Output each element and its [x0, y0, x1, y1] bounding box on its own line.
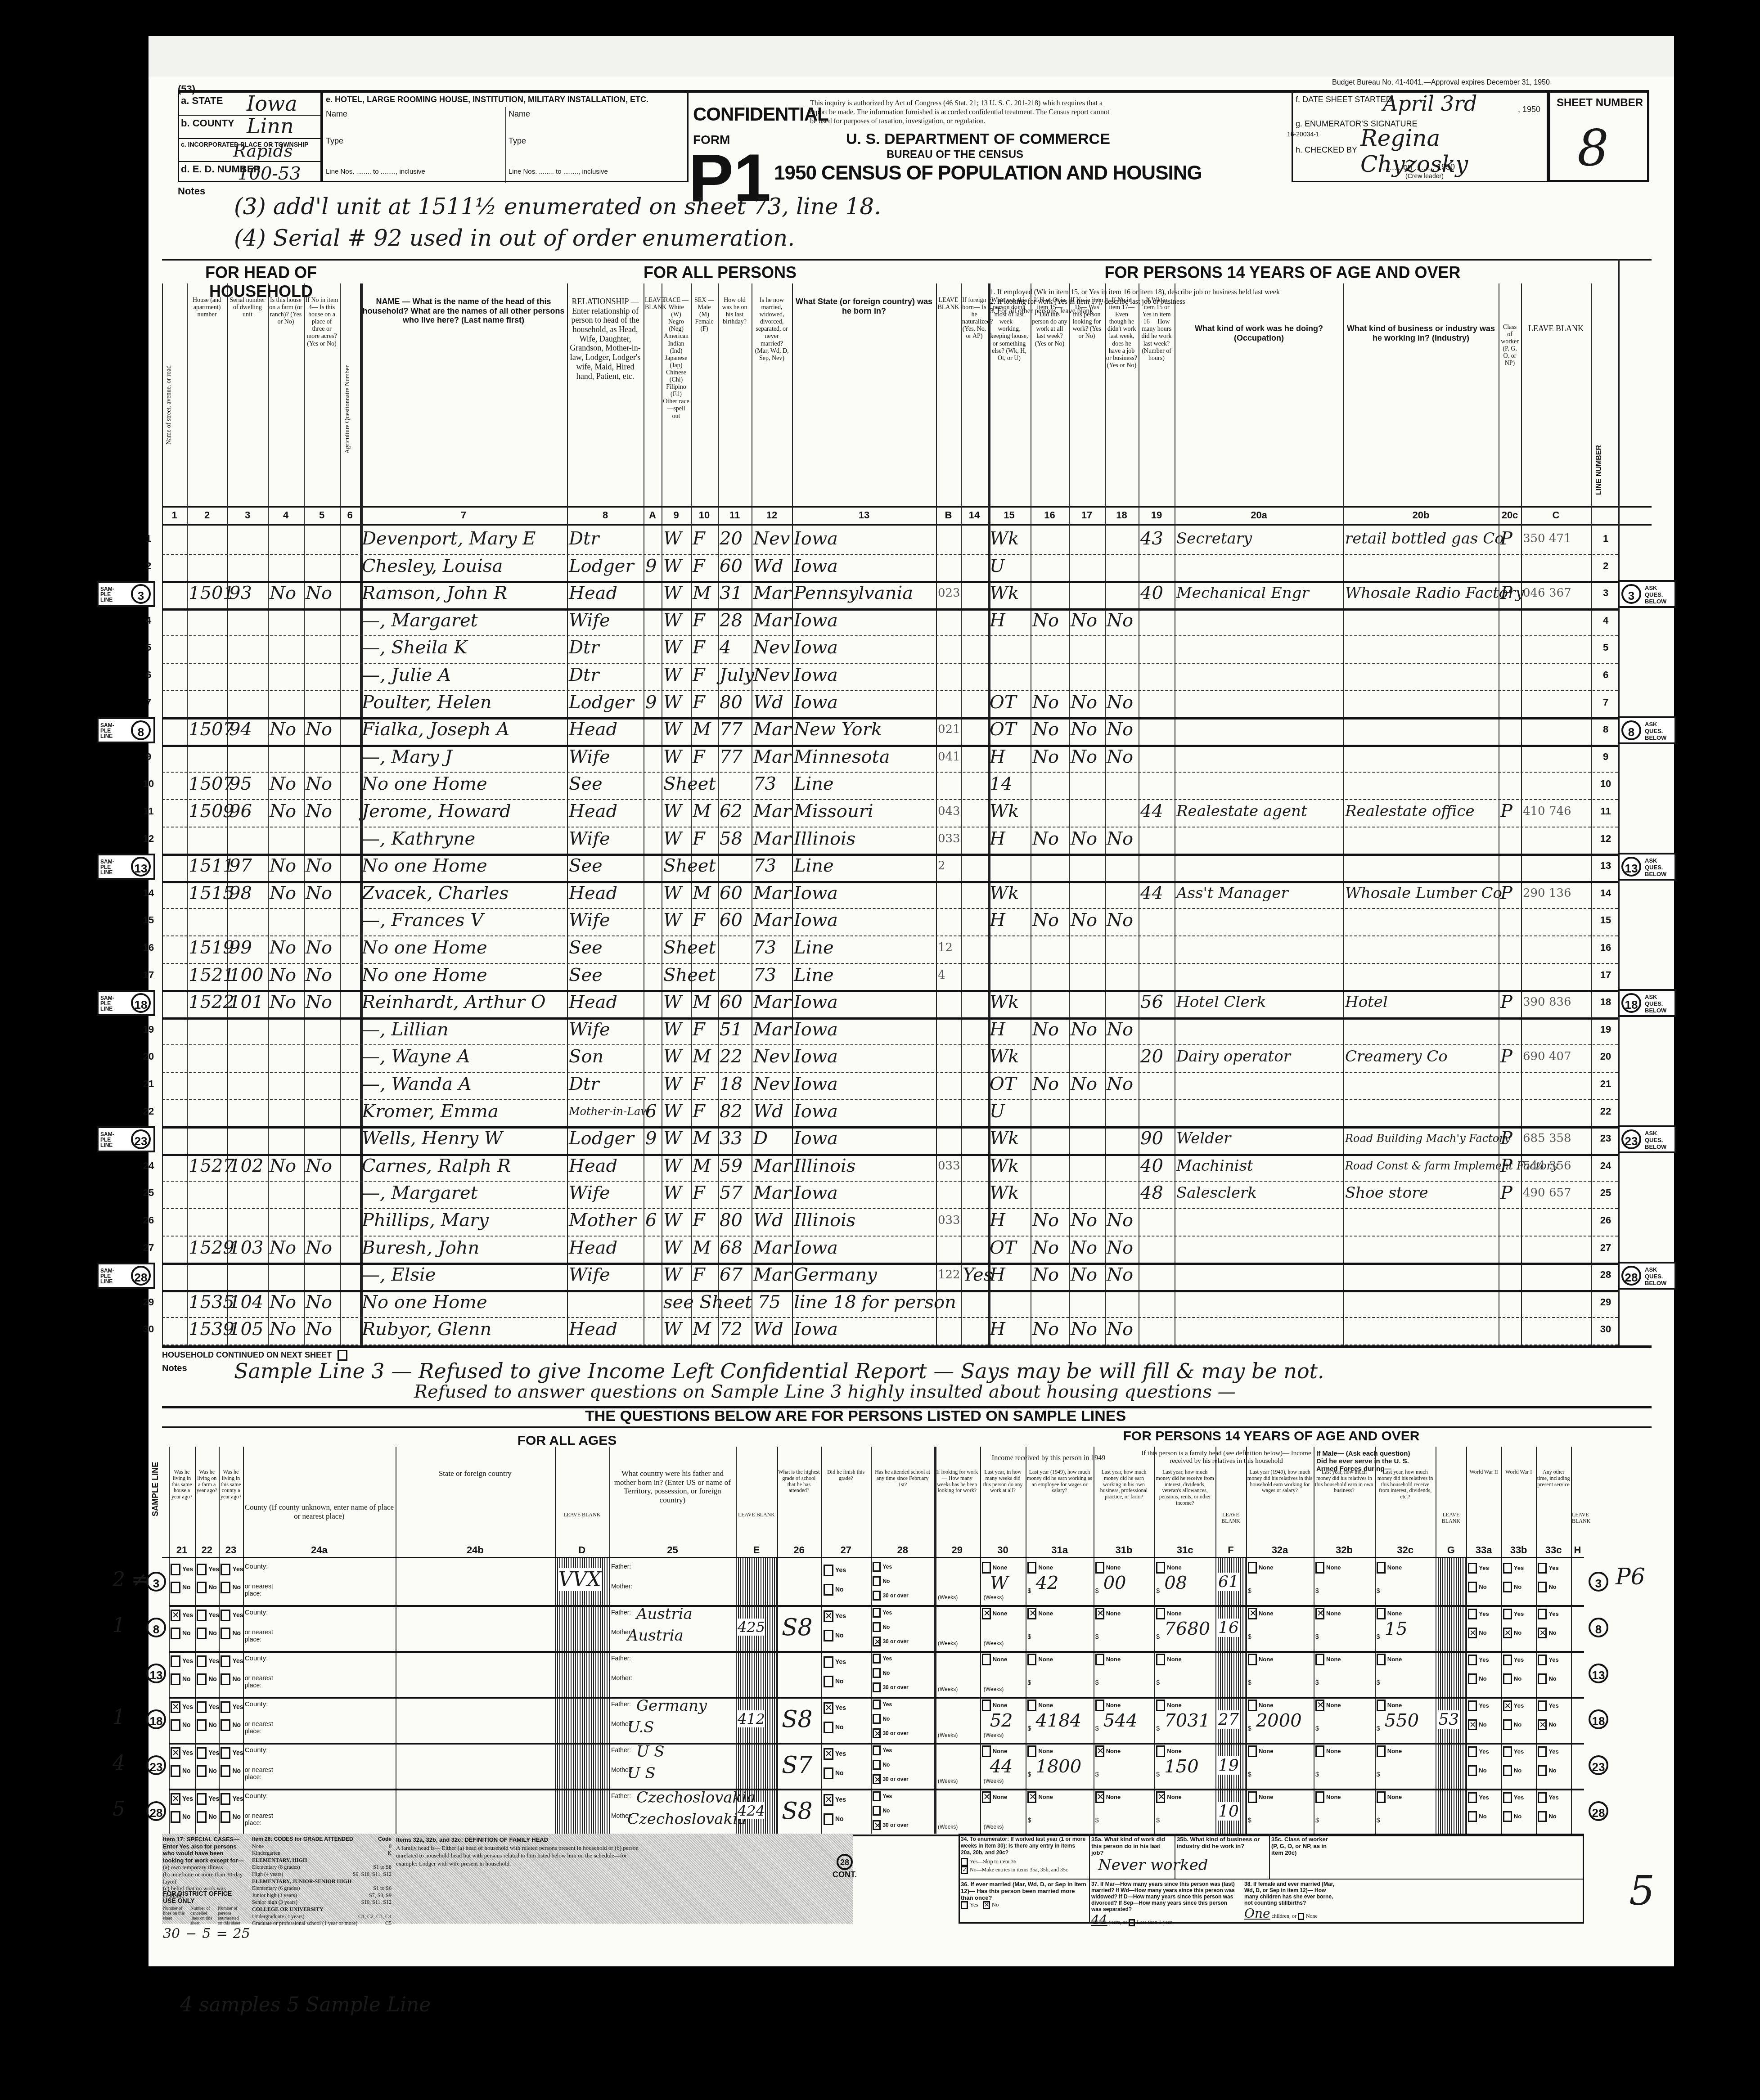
none-checkbox[interactable] — [1248, 1654, 1257, 1665]
q32c-none[interactable]: None — [1377, 1791, 1402, 1803]
checkbox[interactable] — [1468, 1609, 1477, 1619]
q33c-no[interactable]: No — [1538, 1811, 1556, 1822]
checkbox[interactable] — [1503, 1719, 1512, 1730]
none-checkbox[interactable] — [1248, 1791, 1257, 1803]
q33b-no[interactable]: No — [1503, 1811, 1521, 1822]
q21-no[interactable]: No — [171, 1811, 191, 1823]
q31b-none[interactable]: ✕None — [1095, 1791, 1121, 1803]
checkbox[interactable] — [824, 1676, 833, 1687]
none-checkbox[interactable] — [1248, 1745, 1257, 1757]
none-checkbox[interactable]: ✕ — [1315, 1608, 1324, 1619]
checkbox[interactable] — [873, 1700, 881, 1709]
checkbox[interactable] — [197, 1673, 207, 1685]
q27-no[interactable]: No — [824, 1722, 844, 1733]
ask-questions-tag: 18ASK QUES. BELOW — [1618, 989, 1676, 1017]
q28-optv[interactable]: ✕30 or over — [873, 1637, 908, 1646]
checkbox[interactable] — [1503, 1655, 1512, 1665]
q31c-none[interactable]: None — [1156, 1654, 1182, 1665]
checkbox[interactable]: ✕ — [1503, 1700, 1512, 1711]
q30-none[interactable]: None — [982, 1745, 1008, 1757]
checkbox[interactable] — [1503, 1792, 1512, 1803]
q22-no[interactable]: No — [197, 1673, 217, 1685]
none-checkbox[interactable] — [1377, 1745, 1386, 1757]
q22-no[interactable]: No — [197, 1582, 217, 1593]
q33b-no[interactable]: No — [1503, 1719, 1521, 1730]
q30-none[interactable]: None — [982, 1654, 1008, 1665]
q21-yes[interactable]: Yes — [171, 1564, 193, 1575]
q31b-none[interactable]: None — [1095, 1700, 1121, 1711]
q27-yes[interactable]: ✕Yes — [824, 1702, 846, 1714]
q27-no[interactable]: No — [824, 1813, 844, 1825]
checkbox[interactable] — [1538, 1609, 1547, 1619]
checkbox[interactable] — [197, 1793, 207, 1805]
checkbox[interactable]: ✕ — [873, 1820, 881, 1830]
q27-no[interactable]: No — [824, 1630, 844, 1641]
q32c-none[interactable]: None — [1377, 1562, 1402, 1574]
q32c-none[interactable]: None — [1377, 1745, 1402, 1757]
checkbox[interactable]: ✕ — [873, 1637, 881, 1646]
q33a-yes[interactable]: Yes — [1468, 1609, 1489, 1619]
checkbox[interactable] — [1538, 1746, 1547, 1757]
checkbox[interactable] — [824, 1565, 833, 1576]
q31a-none[interactable]: None — [1027, 1745, 1053, 1757]
checkbox[interactable] — [171, 1765, 180, 1777]
checkbox[interactable] — [1468, 1582, 1477, 1592]
checkbox[interactable] — [1538, 1563, 1547, 1574]
none-checkbox[interactable] — [1095, 1654, 1104, 1665]
q32a-none[interactable]: None — [1248, 1791, 1274, 1803]
checkbox[interactable] — [824, 1656, 833, 1668]
q33b-no[interactable]: ✕No — [1503, 1628, 1521, 1638]
q28-optv[interactable]: ✕30 or over — [873, 1820, 908, 1830]
none-checkbox[interactable] — [1315, 1791, 1324, 1803]
ask-line-number: 28 — [1621, 1266, 1641, 1286]
q33b-yes[interactable]: ✕Yes — [1503, 1700, 1524, 1711]
line-number-right: 29 — [1592, 1296, 1619, 1308]
checkbox[interactable] — [1468, 1673, 1477, 1684]
q30-none[interactable]: None — [982, 1700, 1008, 1711]
none-checkbox[interactable] — [1315, 1562, 1324, 1574]
none-checkbox[interactable] — [1095, 1562, 1104, 1574]
q33a-yes[interactable]: Yes — [1468, 1563, 1489, 1574]
checkbox[interactable] — [171, 1811, 180, 1823]
q22-yes[interactable]: Yes — [197, 1793, 219, 1805]
checkbox[interactable] — [197, 1582, 207, 1593]
none-checkbox[interactable]: ✕ — [1027, 1791, 1036, 1803]
q32a-none[interactable]: None — [1248, 1700, 1274, 1711]
q32c-none[interactable]: None — [1377, 1700, 1402, 1711]
q31c-none[interactable]: None — [1156, 1745, 1182, 1757]
q33c-no[interactable]: No — [1538, 1673, 1556, 1684]
none-checkbox[interactable] — [1377, 1654, 1386, 1665]
none-checkbox[interactable]: ✕ — [1315, 1700, 1324, 1711]
q33c-yes[interactable]: Yes — [1538, 1700, 1558, 1711]
checkbox[interactable] — [873, 1668, 881, 1678]
checkbox[interactable]: ✕ — [873, 1728, 881, 1738]
q27-no[interactable]: No — [824, 1767, 844, 1779]
checkbox[interactable] — [171, 1673, 180, 1685]
q33a-no[interactable]: No — [1468, 1811, 1486, 1822]
q27-yes[interactable]: ✕Yes — [824, 1610, 846, 1622]
q22-no[interactable]: No — [197, 1765, 217, 1777]
none-checkbox[interactable] — [1248, 1562, 1257, 1574]
q21-no[interactable]: No — [171, 1719, 191, 1731]
q33c-no[interactable]: ✕No — [1538, 1719, 1556, 1730]
q21-yes[interactable]: ✕Yes — [171, 1793, 193, 1805]
q22-yes[interactable]: Yes — [197, 1701, 219, 1713]
q33b-yes[interactable]: Yes — [1503, 1792, 1524, 1803]
checkbox[interactable] — [221, 1564, 230, 1575]
q22-no[interactable]: No — [197, 1811, 217, 1823]
q31c-none[interactable]: None — [1156, 1562, 1182, 1574]
checkbox[interactable]: ✕ — [171, 1793, 180, 1805]
q31c-none[interactable]: ✕None — [1156, 1791, 1182, 1803]
q32b-none[interactable]: ✕None — [1315, 1608, 1341, 1619]
checkbox[interactable]: ✕ — [824, 1748, 833, 1760]
q28-opt2[interactable]: No — [873, 1760, 890, 1770]
q37-less-than-1-checkbox[interactable] — [1129, 1919, 1135, 1926]
q34-yes-checkbox[interactable] — [961, 1858, 968, 1866]
q32c-none[interactable]: None — [1377, 1654, 1402, 1665]
checkbox[interactable] — [171, 1655, 180, 1667]
none-checkbox[interactable] — [982, 1654, 991, 1665]
q32a-none[interactable]: None — [1248, 1562, 1274, 1574]
none-checkbox[interactable] — [1156, 1700, 1165, 1711]
checkbox[interactable] — [1538, 1582, 1547, 1592]
checkbox[interactable] — [873, 1791, 881, 1801]
q27-yes[interactable]: ✕Yes — [824, 1748, 846, 1760]
checkbox[interactable] — [1538, 1673, 1547, 1684]
q33a-no[interactable]: ✕No — [1468, 1628, 1486, 1638]
checkbox[interactable] — [1503, 1765, 1512, 1776]
none-checkbox[interactable] — [1377, 1562, 1386, 1574]
q32b-none[interactable]: None — [1315, 1791, 1341, 1803]
checkbox[interactable]: ✕ — [1538, 1628, 1547, 1638]
q23-no[interactable]: No — [221, 1628, 241, 1639]
q23-no[interactable]: No — [221, 1719, 241, 1731]
none-checkbox[interactable]: ✕ — [1095, 1608, 1104, 1619]
checkbox[interactable]: ✕ — [171, 1747, 180, 1759]
checkbox[interactable] — [824, 1767, 833, 1779]
q28-optv[interactable]: ✕30 or over — [873, 1728, 908, 1738]
q33a-yes[interactable]: Yes — [1468, 1655, 1489, 1665]
q38-none-checkbox[interactable] — [1298, 1913, 1304, 1920]
q28-opt2[interactable]: No — [873, 1668, 890, 1678]
q33a-no[interactable]: ✕No — [1468, 1719, 1486, 1730]
checkbox[interactable] — [1503, 1609, 1512, 1619]
q21-yes[interactable]: ✕Yes — [171, 1747, 193, 1759]
checkbox[interactable] — [873, 1806, 881, 1816]
checkbox[interactable] — [197, 1610, 207, 1621]
none-checkbox[interactable]: ✕ — [982, 1791, 991, 1803]
none-checkbox[interactable] — [1027, 1562, 1036, 1574]
q23-no[interactable]: No — [221, 1582, 241, 1593]
checkbox[interactable] — [1468, 1765, 1477, 1776]
checkbox[interactable] — [1468, 1563, 1477, 1574]
none-checkbox[interactable] — [1248, 1700, 1257, 1711]
q33c-no[interactable]: No — [1538, 1582, 1556, 1592]
q23-yes[interactable]: Yes — [221, 1747, 243, 1759]
checkbox[interactable]: ✕ — [171, 1610, 180, 1621]
checkbox[interactable] — [1538, 1792, 1547, 1803]
checkbox[interactable]: ✕ — [824, 1702, 833, 1714]
none-checkbox[interactable] — [1377, 1791, 1386, 1803]
checkbox[interactable] — [873, 1714, 881, 1724]
q32a-none[interactable]: None — [1248, 1745, 1274, 1757]
none-checkbox[interactable] — [1156, 1654, 1165, 1665]
none-checkbox[interactable] — [1377, 1700, 1386, 1711]
checkbox[interactable] — [171, 1719, 180, 1731]
q28-optv[interactable]: 30 or over — [873, 1682, 908, 1692]
checkbox[interactable] — [873, 1760, 881, 1770]
checkbox[interactable] — [873, 1654, 881, 1664]
checkbox[interactable] — [1538, 1700, 1547, 1711]
q27-yes[interactable]: ✕Yes — [824, 1794, 846, 1806]
q21-no[interactable]: No — [171, 1765, 191, 1777]
none-checkbox[interactable]: ✕ — [1095, 1791, 1104, 1803]
q28-optv[interactable]: 30 or over — [873, 1591, 908, 1601]
none-checkbox[interactable] — [982, 1700, 991, 1711]
none-checkbox[interactable] — [1315, 1745, 1324, 1757]
checkbox[interactable] — [171, 1564, 180, 1575]
checkbox[interactable] — [221, 1719, 230, 1731]
checkbox[interactable] — [873, 1591, 881, 1601]
checkbox[interactable] — [873, 1682, 881, 1692]
checkbox[interactable] — [1468, 1746, 1477, 1757]
dollar-sign: $ — [1315, 1817, 1319, 1824]
q31b-none[interactable]: ✕None — [1095, 1608, 1121, 1619]
checkbox[interactable] — [171, 1582, 180, 1593]
q23-yes[interactable]: Yes — [221, 1610, 243, 1621]
none-checkbox[interactable] — [1027, 1745, 1036, 1757]
q33a-no[interactable]: No — [1468, 1765, 1486, 1776]
q33b-yes[interactable]: Yes — [1503, 1609, 1524, 1619]
checkbox[interactable] — [221, 1655, 230, 1667]
checkbox[interactable]: ✕ — [824, 1794, 833, 1806]
q33c-yes[interactable]: Yes — [1538, 1792, 1558, 1803]
q23-no[interactable]: No — [221, 1765, 241, 1777]
none-checkbox[interactable] — [1027, 1654, 1036, 1665]
q27-yes[interactable]: Yes — [824, 1565, 846, 1576]
q22-yes[interactable]: Yes — [197, 1747, 219, 1759]
checkbox[interactable]: ✕ — [1538, 1719, 1547, 1730]
checkbox[interactable] — [221, 1747, 230, 1759]
sample-line-number: 8 — [131, 720, 151, 740]
q28-opt1[interactable]: Yes — [873, 1608, 892, 1618]
none-checkbox[interactable]: ✕ — [982, 1608, 991, 1619]
q28-optv[interactable]: ✕30 or over — [873, 1774, 908, 1784]
q31b-none[interactable]: None — [1095, 1654, 1121, 1665]
q31c-none[interactable]: None — [1156, 1700, 1182, 1711]
checkbox[interactable] — [221, 1701, 230, 1713]
checkbox[interactable] — [197, 1701, 207, 1713]
checkbox[interactable] — [1503, 1811, 1512, 1822]
q28-opt2[interactable]: No — [873, 1576, 890, 1586]
q33b-no[interactable]: No — [1503, 1673, 1521, 1684]
q31c-none[interactable]: None — [1156, 1608, 1182, 1619]
checkbox[interactable] — [197, 1655, 207, 1667]
q33c-yes[interactable]: Yes — [1538, 1655, 1558, 1665]
checkbox[interactable]: ✕ — [873, 1774, 881, 1784]
q23-yes[interactable]: Yes — [221, 1564, 243, 1575]
checkbox[interactable]: ✕ — [171, 1701, 180, 1713]
q32a-none[interactable]: ✕None — [1248, 1608, 1274, 1619]
q32b-none[interactable]: None — [1315, 1654, 1341, 1665]
checkbox[interactable] — [873, 1745, 881, 1755]
q33b-no[interactable]: No — [1503, 1582, 1521, 1592]
checkbox[interactable] — [824, 1722, 833, 1733]
checkbox[interactable] — [197, 1747, 207, 1759]
q30-none[interactable]: ✕None — [982, 1791, 1008, 1803]
q33b-yes[interactable]: Yes — [1503, 1746, 1524, 1757]
checkbox[interactable] — [1468, 1700, 1477, 1711]
checkbox[interactable] — [221, 1793, 230, 1805]
q33b-yes[interactable]: Yes — [1503, 1655, 1524, 1665]
q28-opt1[interactable]: Yes — [873, 1745, 892, 1755]
checkbox[interactable] — [221, 1582, 230, 1593]
checkbox[interactable] — [1468, 1792, 1477, 1803]
q31a-none[interactable]: None — [1027, 1700, 1053, 1711]
q28-opt1[interactable]: Yes — [873, 1562, 892, 1572]
checkbox[interactable] — [1538, 1655, 1547, 1665]
q33b-no[interactable]: No — [1503, 1765, 1521, 1776]
q31a-none[interactable]: None — [1027, 1562, 1053, 1574]
checkbox[interactable]: ✕ — [1468, 1719, 1477, 1730]
none-checkbox[interactable] — [982, 1562, 991, 1574]
checkbox[interactable] — [221, 1811, 230, 1823]
checkbox[interactable] — [197, 1765, 207, 1777]
q36-no-checkbox[interactable]: ✕ — [983, 1901, 990, 1909]
checkbox[interactable] — [1503, 1582, 1512, 1592]
q21-no[interactable]: No — [171, 1582, 191, 1593]
q21-yes[interactable]: ✕Yes — [171, 1701, 193, 1713]
q21-yes[interactable]: Yes — [171, 1655, 193, 1667]
checkbox[interactable] — [171, 1628, 180, 1639]
checkbox[interactable]: ✕ — [1468, 1628, 1477, 1638]
none-checkbox[interactable]: ✕ — [1156, 1791, 1165, 1803]
q22-yes[interactable]: Yes — [197, 1655, 219, 1667]
checkbox[interactable] — [1468, 1655, 1477, 1665]
none-checkbox[interactable] — [1095, 1700, 1104, 1711]
q33c-yes[interactable]: Yes — [1538, 1609, 1558, 1619]
none-checkbox[interactable] — [1156, 1745, 1165, 1757]
checkbox[interactable]: ✕ — [1503, 1628, 1512, 1638]
none-checkbox[interactable] — [1156, 1608, 1165, 1619]
q32b-none[interactable]: ✕None — [1315, 1700, 1341, 1711]
q22-yes[interactable]: Yes — [197, 1610, 219, 1621]
q27-yes[interactable]: Yes — [824, 1656, 846, 1668]
q33a-no[interactable]: No — [1468, 1582, 1486, 1592]
checkbox[interactable] — [824, 1584, 833, 1596]
q23-no[interactable]: No — [221, 1673, 241, 1685]
none-checkbox[interactable] — [1156, 1562, 1165, 1574]
q21-no[interactable]: No — [171, 1673, 191, 1685]
checkbox[interactable] — [1538, 1811, 1547, 1822]
q32a-none[interactable]: None — [1248, 1654, 1274, 1665]
q33b-yes[interactable]: Yes — [1503, 1563, 1524, 1574]
none-checkbox[interactable]: ✕ — [1095, 1745, 1104, 1757]
q31a-none[interactable]: ✕None — [1027, 1608, 1053, 1619]
q28-opt2[interactable]: No — [873, 1622, 890, 1632]
checkbox[interactable] — [873, 1562, 881, 1572]
none-checkbox[interactable]: ✕ — [1248, 1608, 1257, 1619]
checkbox[interactable] — [873, 1576, 881, 1586]
checkbox[interactable] — [824, 1813, 833, 1825]
q27-no[interactable]: No — [824, 1584, 844, 1596]
q33a-yes[interactable]: Yes — [1468, 1700, 1489, 1711]
checkbox[interactable] — [197, 1564, 207, 1575]
q32c-none[interactable]: None — [1377, 1608, 1402, 1619]
q22-no[interactable]: No — [197, 1628, 217, 1639]
none-checkbox[interactable] — [1315, 1654, 1324, 1665]
q33a-no[interactable]: No — [1468, 1673, 1486, 1684]
q28-opt1[interactable]: Yes — [873, 1700, 892, 1709]
q34-no-checkbox[interactable]: ✓ — [961, 1866, 968, 1874]
q22-no[interactable]: No — [197, 1719, 217, 1731]
q23-no[interactable]: No — [221, 1811, 241, 1823]
q33c-yes[interactable]: Yes — [1538, 1563, 1558, 1574]
q30-none[interactable]: ✕None — [982, 1608, 1008, 1619]
checkbox[interactable] — [1538, 1765, 1547, 1776]
q36-yes-checkbox[interactable] — [961, 1901, 968, 1909]
checkbox[interactable] — [1468, 1811, 1477, 1822]
q33c-no[interactable]: ✕No — [1538, 1628, 1556, 1638]
q23-yes[interactable]: Yes — [221, 1655, 243, 1667]
q32b-none[interactable]: None — [1315, 1745, 1341, 1757]
q33a-yes[interactable]: Yes — [1468, 1792, 1489, 1803]
q27-no[interactable]: No — [824, 1676, 844, 1687]
checkbox[interactable] — [1503, 1746, 1512, 1757]
checkbox[interactable] — [873, 1608, 881, 1618]
q23-yes[interactable]: Yes — [221, 1793, 243, 1805]
none-checkbox[interactable] — [1377, 1608, 1386, 1619]
q28-opt2[interactable]: No — [873, 1806, 890, 1816]
q33c-yes[interactable]: Yes — [1538, 1746, 1558, 1757]
checkbox[interactable] — [197, 1719, 207, 1731]
none-checkbox[interactable] — [1027, 1700, 1036, 1711]
q31b-none[interactable]: ✕None — [1095, 1745, 1121, 1757]
q31b-none[interactable]: None — [1095, 1562, 1121, 1574]
checkbox[interactable] — [221, 1628, 230, 1639]
checkbox[interactable] — [873, 1622, 881, 1632]
checkbox[interactable] — [1503, 1563, 1512, 1574]
q33a-yes[interactable]: Yes — [1468, 1746, 1489, 1757]
q28-opt2[interactable]: No — [873, 1714, 890, 1724]
checkbox[interactable] — [221, 1673, 230, 1685]
checkbox[interactable]: ✕ — [824, 1610, 833, 1622]
q22-yes[interactable]: Yes — [197, 1564, 219, 1575]
checkbox[interactable] — [824, 1630, 833, 1641]
checkbox[interactable] — [221, 1610, 230, 1621]
none-checkbox[interactable] — [982, 1745, 991, 1757]
checkbox[interactable] — [197, 1811, 207, 1823]
q28-opt1[interactable]: Yes — [873, 1791, 892, 1801]
checkbox[interactable] — [1503, 1673, 1512, 1684]
q21-yes[interactable]: ✕Yes — [171, 1610, 193, 1621]
checkbox[interactable] — [221, 1765, 230, 1777]
q28-opt1[interactable]: Yes — [873, 1654, 892, 1664]
none-checkbox[interactable]: ✕ — [1027, 1608, 1036, 1619]
q33c-no[interactable]: No — [1538, 1765, 1556, 1776]
q31a-none[interactable]: ✕None — [1027, 1791, 1053, 1803]
cell-name: Ramson, John R — [362, 581, 507, 606]
q23-yes[interactable]: Yes — [221, 1701, 243, 1713]
checkbox[interactable] — [197, 1628, 207, 1639]
q31a-none[interactable]: None — [1027, 1654, 1053, 1665]
q30-none[interactable]: None — [982, 1562, 1008, 1574]
q21-no[interactable]: No — [171, 1628, 191, 1639]
q32b-none[interactable]: None — [1315, 1562, 1341, 1574]
